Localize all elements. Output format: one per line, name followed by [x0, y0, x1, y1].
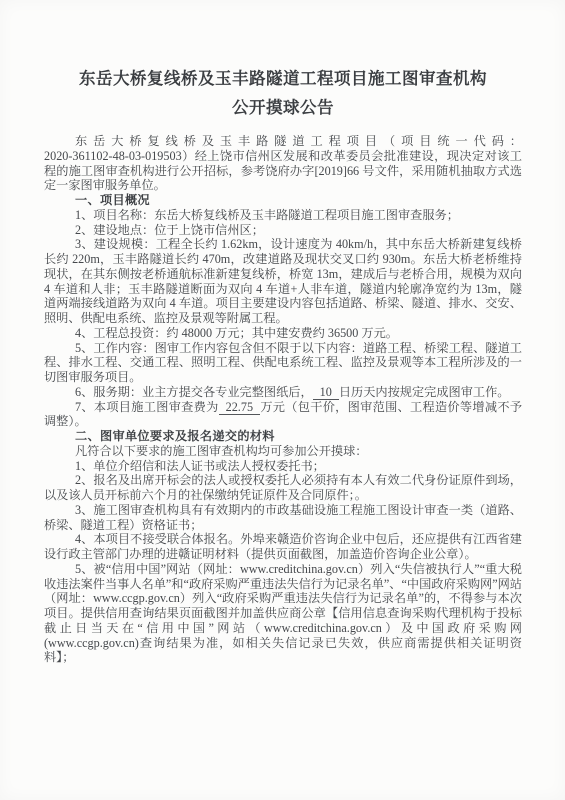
document-content: 东岳大桥复线桥及玉丰路隧道工程项目施工图审查机构 公开摸球公告 东岳大桥复线桥及… [44, 64, 522, 665]
intro-paragraph: 东岳大桥复线桥及玉丰路隧道工程项目（项目统一代码：2020-361102-48-… [44, 134, 522, 193]
document-page: 东岳大桥复线桥及玉丰路隧道工程项目施工图审查机构 公开摸球公告 东岳大桥复线桥及… [0, 0, 565, 800]
section2-item-qualification: 3、施工图审查机构具有有效期内的市政基础设施工程施工图设计审查一类（道路、桥梁、… [44, 503, 522, 533]
title-line-1: 东岳大桥复线桥及玉丰路隧道工程项目施工图审查机构 [44, 64, 522, 93]
title-line-2: 公开摸球公告 [44, 93, 522, 122]
section2-intro: 凡符合以下要求的施工图审查机构均可参加公开摸球： [44, 444, 522, 459]
section1-item-scale: 3、建设规模：工程全长约 1.62km，设计速度为 40km/h，其中东岳大桥新… [44, 237, 522, 326]
section2-heading: 二、图审单位要求及报名递交的材料 [44, 429, 522, 444]
section2-item-credit-check: 5、被“信用中国”网站（网址：www.creditchina.gov.cn）列入… [44, 562, 522, 665]
section1-item-location: 2、建设地点：位于上饶市信州区； [44, 223, 522, 238]
review-fee-blank: 22.75 [219, 400, 260, 415]
section1-item-project-name: 1、项目名称：东岳大桥复线桥及玉丰路隧道工程项目施工图审查服务； [44, 208, 522, 223]
section2-item-no-consortium: 4、本项目不接受联合体报名。外埠来赣造价咨询企业中包后，还应提供有江西省建设行政… [44, 532, 522, 562]
service-period-suffix: 日历天内按规定完成图审工作。 [339, 385, 510, 399]
section1-item-investment: 4、工程总投资：约 48000 万元；其中建安费约 36500 万元。 [44, 326, 522, 341]
document-body: 东岳大桥复线桥及玉丰路隧道工程项目（项目统一代码：2020-361102-48-… [44, 134, 522, 665]
section2-item-credentials: 1、单位介绍信和法人证书或法人授权委托书； [44, 459, 522, 474]
section1-heading: 一、项目概况 [44, 193, 522, 208]
section1-item-service-period: 6、服务期：业主方提交各专业完整图纸后，10日历天内按规定完成图审工作。 [44, 385, 522, 400]
section1-item-work-content: 5、工作内容：图审工作内容包含但不限于以下内容：道路工程、桥梁工程、隧道工程、排… [44, 341, 522, 385]
intro-text-before-code: 东岳大桥复线桥及玉丰路隧道工程项目（项目统一代码： [75, 134, 522, 148]
section1-item-review-fee: 7、本项目施工图审查费为22.75万元（包干价，图审范围、工程造价等增减不予调整… [44, 400, 522, 430]
service-days-blank: 10 [313, 385, 339, 400]
section2-item-id-requirements: 2、报名及出席开标会的法人或授权委托人必须持有本人有效二代身份证原件到场，以及该… [44, 473, 522, 503]
review-fee-prefix: 7、本项目施工图审查费为 [75, 400, 219, 414]
project-code: 2020-361102-48-03-019503 [44, 149, 182, 163]
service-period-prefix: 6、服务期：业主方提交各专业完整图纸后， [75, 385, 313, 399]
document-title: 东岳大桥复线桥及玉丰路隧道工程项目施工图审查机构 公开摸球公告 [44, 64, 522, 122]
